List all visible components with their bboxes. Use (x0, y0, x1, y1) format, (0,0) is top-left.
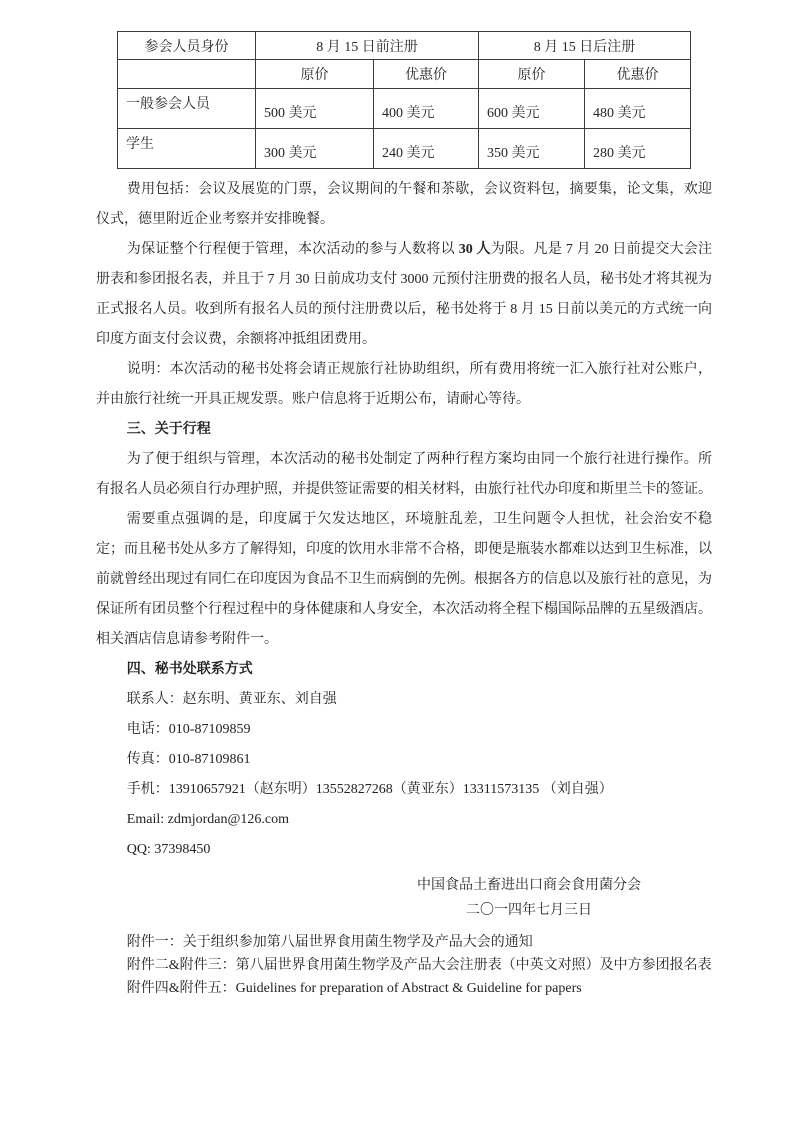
fee-table-subheader: 原价 (479, 60, 585, 89)
paragraph-note: 说明：本次活动的秘书处将会请正规旅行社协助组织，所有费用将统一汇入旅行社对公账户… (96, 355, 712, 415)
body-text: 费用包括：会议及展览的门票，会议期间的午餐和茶歇，会议资料包，摘要集，论文集，欢… (96, 175, 712, 1000)
limit-text-before: 为保证整个行程便于管理，本次活动的参与人数将以 (127, 242, 459, 257)
contact-fax: 传真：010-87109861 (96, 745, 712, 775)
paragraph-fees-included: 费用包括：会议及展览的门票，会议期间的午餐和茶歇，会议资料包，摘要集，论文集，欢… (96, 175, 712, 235)
fee-table-row-general: 一般参会人员 500 美元 400 美元 600 美元 480 美元 (118, 89, 691, 129)
fee-row-label: 一般参会人员 (118, 89, 256, 129)
fee-table-before-header: 8 月 15 日前注册 (256, 32, 479, 60)
fee-table-header-row: 参会人员身份 8 月 15 日前注册 8 月 15 日后注册 (118, 32, 691, 60)
signature-date: 二〇一四年七月三日 (364, 898, 694, 923)
fee-cell: 600 美元 (479, 89, 585, 129)
contact-qq: QQ: 37398450 (96, 835, 712, 865)
fee-table-identity-header: 参会人员身份 (118, 32, 256, 60)
fee-cell: 480 美元 (585, 89, 691, 129)
limit-text-after: 为限。凡是 7 月 20 日前提交大会注册表和参团报名表，并且于 7 月 30 … (96, 242, 712, 347)
paragraph-itinerary: 为了便于组织与管理，本次活动的秘书处制定了两种行程方案均由同一个旅行社进行操作。… (96, 445, 712, 505)
contact-block: 联系人：赵东明、黄亚东、刘自强 电话：010-87109859 传真：010-8… (96, 685, 712, 865)
document-page: 参会人员身份 8 月 15 日前注册 8 月 15 日后注册 原价 优惠价 原价… (0, 0, 800, 1132)
fee-cell: 400 美元 (374, 89, 479, 129)
fee-cell: 500 美元 (256, 89, 374, 129)
paragraph-india-warning: 需要重点强调的是，印度属于欠发达地区，环境脏乱差，卫生问题令人担忧，社会治安不稳… (96, 505, 712, 655)
fee-table-subheader: 优惠价 (374, 60, 479, 89)
contact-phone: 电话：010-87109859 (96, 715, 712, 745)
fee-row-label: 学生 (118, 129, 256, 169)
attachment-item-4-5: 附件四&附件五：Guidelines for preparation of Ab… (96, 977, 712, 1000)
fee-table-empty-cell (118, 60, 256, 89)
section-heading-contacts: 四、秘书处联系方式 (96, 655, 712, 685)
fee-cell: 350 美元 (479, 129, 585, 169)
fee-cell: 300 美元 (256, 129, 374, 169)
fee-table: 参会人员身份 8 月 15 日前注册 8 月 15 日后注册 原价 优惠价 原价… (117, 31, 691, 169)
fee-table-after-header: 8 月 15 日后注册 (479, 32, 691, 60)
limit-bold-count: 30 人 (459, 242, 491, 257)
section-heading-itinerary: 三、关于行程 (96, 415, 712, 445)
contact-persons: 联系人：赵东明、黄亚东、刘自强 (96, 685, 712, 715)
signature-organization: 中国食品土畜进出口商会食用菌分会 (364, 873, 694, 898)
fee-table-subheader: 优惠价 (585, 60, 691, 89)
fee-cell: 240 美元 (374, 129, 479, 169)
fee-cell: 280 美元 (585, 129, 691, 169)
fee-table-subheader-row: 原价 优惠价 原价 优惠价 (118, 60, 691, 89)
fee-table-subheader: 原价 (256, 60, 374, 89)
signature-block: 中国食品土畜进出口商会食用菌分会 二〇一四年七月三日 (364, 873, 694, 923)
paragraph-participant-limit: 为保证整个行程便于管理，本次活动的参与人数将以 30 人为限。凡是 7 月 20… (96, 235, 712, 355)
attachment-item-1: 附件一：关于组织参加第八届世界食用菌生物学及产品大会的通知 (96, 931, 712, 954)
contact-email: Email: zdmjordan@126.com (96, 805, 712, 835)
fee-table-row-student: 学生 300 美元 240 美元 350 美元 280 美元 (118, 129, 691, 169)
attachment-list: 附件一：关于组织参加第八届世界食用菌生物学及产品大会的通知 附件二&附件三：第八… (96, 931, 712, 1000)
contact-mobile: 手机：13910657921（赵东明）13552827268（黄亚东）13311… (96, 775, 712, 805)
attachment-item-2-3: 附件二&附件三：第八届世界食用菌生物学及产品大会注册表（中英文对照）及中方参团报… (96, 954, 712, 977)
